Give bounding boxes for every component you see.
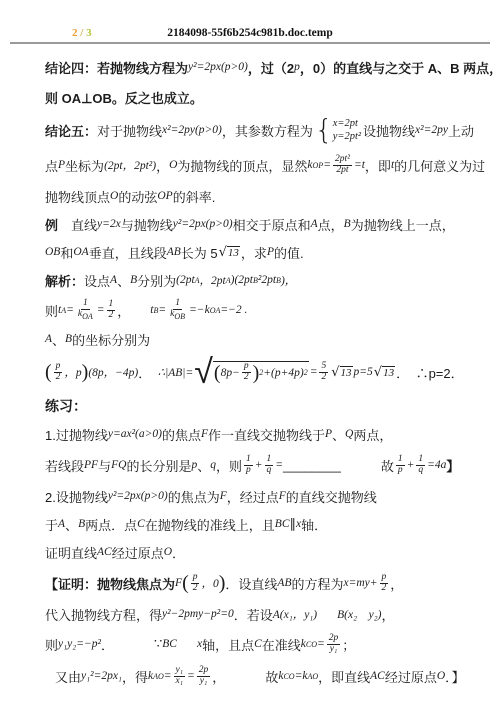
math-run: F: [201, 428, 208, 440]
fraction: 2pt²2pt: [333, 155, 352, 176]
text-run: 设抛物线: [363, 121, 415, 140]
text-run: 1.过抛物线: [45, 425, 108, 444]
math-subscript: AO: [307, 672, 318, 681]
text-run: ，其参数方程为: [222, 121, 313, 140]
text-run: 的焦点为: [168, 487, 220, 506]
proof-line2: 代入抛物线方程，得 y²−2pmy−p²=0．若设 A(x₁，y₁)B(x₂ y…: [45, 600, 480, 628]
text-run: 为抛物线的顶点，显然: [177, 156, 307, 175]
exercise2-line1: 2.设抛物线 y²=2px(p>0) 的焦点为 F，经过点 F 的直线交抛物线: [45, 482, 480, 510]
exercises-heading: 练习：: [45, 392, 480, 420]
text-run: 的几何意义为过: [394, 156, 485, 175]
radical-icon: √: [194, 357, 213, 388]
sqrt-expression: √(8p−p2)2+(p+4p)2: [194, 357, 308, 388]
text-run: ，得: [122, 667, 148, 686]
math-run: =: [295, 670, 303, 682]
radical-icon: √: [219, 246, 227, 259]
math-run: x=my+: [344, 577, 378, 589]
math-run: (2pt，2pt²): [104, 157, 156, 173]
left-paren: (: [45, 362, 52, 382]
math-run: y=ax²(a>0): [108, 428, 162, 440]
math-run: ∴|AB|=: [158, 365, 193, 379]
math-subscript: CO: [283, 672, 294, 681]
system-eq-y: y=2pt²: [333, 130, 361, 143]
math-run: )，: [281, 272, 296, 288]
text-run: ，: [156, 156, 169, 175]
radical-icon: √: [331, 366, 339, 379]
fraction: 52: [319, 362, 328, 383]
text-run: 的方程为: [291, 574, 343, 593]
math-run: O: [169, 159, 177, 171]
math-run: =−2 .: [220, 304, 247, 316]
exercises-label: 练习：: [45, 396, 87, 416]
text-run: 设点: [84, 271, 110, 290]
text-run: 的长分别是: [126, 456, 191, 475]
text-run: ，过（2: [248, 58, 294, 77]
text-run: 坐标为: [65, 156, 104, 175]
text-run: ．: [101, 635, 114, 654]
math-run: A: [110, 274, 117, 286]
text-run: 轴，且点: [202, 635, 254, 654]
sqrt-13: √13: [331, 366, 352, 379]
text-run: 若抛物线方程为: [97, 58, 188, 77]
math-run: P: [58, 159, 65, 171]
text-run: 的斜率.: [173, 187, 216, 206]
math-run: =: [275, 459, 283, 471]
text-run: 于: [45, 515, 58, 534]
text-run: 、: [117, 271, 130, 290]
math-run: x²=2py: [415, 124, 448, 136]
solution-line3: A、B 的坐标分别为: [45, 326, 480, 352]
fraction: 12: [107, 300, 116, 321]
text-run: ，: [390, 574, 403, 593]
fraction: p2: [54, 362, 63, 383]
exercise1-line2: 若线段 PF 与 FQ 的长分别是 p、q，则1p+1q=________故1p…: [45, 448, 480, 482]
text-run: 的动弦: [118, 187, 157, 206]
math-run: C: [254, 638, 262, 650]
right-paren: ): [82, 362, 89, 382]
math-run: B: [65, 333, 72, 345]
math-run: B(x₂ y₂): [337, 606, 381, 622]
text-run: 2.设抛物线: [45, 487, 108, 506]
radical-icon: √: [374, 366, 382, 379]
math-run: y²=2px(p>0): [173, 218, 233, 230]
text-run: ，则: [216, 456, 242, 475]
math-run: BC: [162, 638, 177, 650]
math-run: =: [158, 304, 166, 316]
text-run: 的焦点: [162, 425, 201, 444]
math-run: ，2pt: [200, 272, 226, 288]
math-run: )(2pt: [231, 274, 253, 286]
text-run: 的值.: [274, 243, 304, 262]
math-run: OP: [157, 190, 172, 202]
text-run: 的坐标分别为: [72, 330, 150, 349]
text-run: 作一直线交抛物线于: [208, 425, 325, 444]
math-run: =4a: [427, 459, 446, 471]
math-subscript: AO: [153, 672, 164, 681]
conclusion4-label: 结论四：: [45, 58, 97, 77]
document-page: 2 / 3 2184098-55f6b254c981b.doc.temp 结论四…: [0, 0, 500, 707]
text-run: 与抛物线: [121, 215, 173, 234]
math-run: +: [255, 459, 263, 471]
math-run: B: [78, 518, 85, 530]
text-run: ，即: [365, 156, 391, 175]
math-run: =−: [189, 304, 205, 316]
math-run: A: [311, 218, 318, 230]
math-run: ，p: [64, 364, 81, 380]
text-run: 抛物线顶点: [45, 187, 110, 206]
text-run: ，求: [241, 243, 267, 262]
sqrt-13: √13: [374, 366, 395, 379]
conclusion5-label: 结论五：: [45, 121, 97, 140]
math-run: =: [323, 159, 331, 171]
header-divider: [10, 42, 490, 44]
conclusion4-line2: 则 OA⊥OB。反之也成立。: [45, 82, 480, 112]
exercise2-line3: 证明直线 AC 经过原点 O．: [45, 538, 480, 566]
left-paren: (: [182, 573, 189, 593]
text-run: ．若设: [234, 605, 273, 624]
math-run: A: [58, 518, 65, 530]
text-run: 长为 5: [181, 243, 218, 262]
math-run: O: [110, 190, 118, 202]
exercise2-line2: 于 A、B 两点．点 C 在抛物线的准线上，且 BC∥x 轴．: [45, 510, 480, 538]
math-run: ，0: [201, 575, 218, 591]
text-run: 垂直，且线段: [89, 243, 167, 262]
math-run: =t: [354, 159, 365, 171]
solution-label: 解析：: [45, 271, 84, 290]
math-run: F: [279, 490, 286, 502]
proof-label: 【证明：: [45, 574, 97, 593]
math-run: F: [220, 490, 227, 502]
math-run: OB: [45, 246, 60, 258]
text-run: ，0）的直线与之交于 A、B 两点，: [300, 58, 500, 77]
math-run: =: [317, 638, 325, 650]
text-run: ，: [382, 605, 395, 624]
math-run: FQ: [111, 459, 126, 471]
conclusion5-line1: 结论五：对于抛物线 x²=2py(p>0)，其参数方程为 {x=2pty=2pt…: [45, 112, 480, 148]
math-run: y²=2px(p>0): [188, 61, 248, 73]
text-run: ．: [138, 363, 158, 382]
math-run: y²=2px(p>0): [108, 490, 168, 502]
fraction: p2: [242, 362, 251, 383]
math-run: +: [407, 459, 415, 471]
text-run: ，即直线: [318, 667, 370, 686]
text-run: ．】: [445, 667, 465, 686]
math-run: AC: [370, 670, 385, 682]
math-run: B: [344, 218, 351, 230]
math-run: 2pt: [261, 274, 276, 286]
text-run: 故: [381, 456, 394, 475]
ab-length-formula: (p2，p)(8p，−4p)． ∴|AB|=√(8p−p2)2+(p+4p)2=…: [45, 352, 480, 392]
math-run: P: [267, 246, 274, 258]
math-run: A: [45, 333, 52, 345]
math-run: BC: [275, 518, 290, 530]
math-run: (8p，−4p): [88, 364, 138, 380]
math-run: =: [97, 304, 105, 316]
text-run: 为抛物线上一点，: [351, 215, 455, 234]
answer-blank: ________: [283, 458, 341, 473]
text-run: 相交于原点和: [233, 215, 311, 234]
text-run: 代入抛物线方程，得: [45, 605, 162, 624]
math-subscript: OP: [313, 161, 324, 170]
text-run: 对于抛物线: [97, 121, 162, 140]
math-run: =: [310, 366, 318, 378]
text-run: 的直线交抛物线: [286, 487, 377, 506]
parametric-system: {x=2pty=2pt²: [315, 116, 361, 144]
fraction: 1p: [396, 455, 405, 476]
text-run: 轴．: [301, 515, 327, 534]
text-run: 又由: [55, 667, 81, 686]
math-run: (2pt: [176, 274, 195, 286]
text-run: 、: [52, 330, 65, 349]
math-run: A(x₁，y₁): [273, 606, 317, 622]
page-total: 3: [86, 27, 92, 39]
conclusion4-line1: 结论四：若抛物线方程为y²=2px(p>0)，过（2p，0）的直线与之交于 A、…: [45, 52, 480, 82]
text-run: 经过原点: [385, 667, 437, 686]
math-run: P: [325, 428, 332, 440]
math-subscript: OA: [210, 306, 221, 315]
example-line1: 例 直线 y=2x 与抛物线 y²=2px(p>0) 相交于原点和 A 点， B…: [45, 210, 480, 238]
text-run: 两点，: [353, 425, 392, 444]
text-run: 点，: [318, 215, 344, 234]
text-run: ，: [117, 301, 130, 320]
fraction: y₁x₁: [174, 666, 186, 687]
math-run: Q: [345, 428, 353, 440]
math-run: p=5: [354, 366, 373, 378]
text-run: 、: [332, 425, 345, 444]
fraction: 1kOB: [168, 299, 187, 321]
text-run: 故: [265, 667, 278, 686]
math-run: =: [164, 670, 172, 682]
math-run: B: [130, 274, 137, 286]
fraction: 1q: [265, 455, 274, 476]
text-run: 】: [446, 456, 459, 475]
text-run: 、: [197, 456, 210, 475]
math-run: y₁²=2px₁: [81, 670, 122, 682]
math-run: x²=2py(p>0): [162, 124, 222, 136]
solution-line2: 则 tA=1kOA=12，tB=1kOB=−kOA=−2 .: [45, 294, 480, 326]
exercise1-line1: 1.过抛物线 y=ax²(a>0) 的焦点 F 作一直线交抛物线于 P、Q 两点…: [45, 420, 480, 448]
conclusion5-line3: 抛物线顶点 O 的动弦 OP 的斜率.: [45, 182, 480, 210]
math-run: AC: [97, 546, 112, 558]
text-run: 直线: [58, 215, 97, 234]
proof-line3: 则 y₁y₂=−p²．∵BCx 轴，且点 C 在准线 kCO=2py₁；: [45, 628, 480, 660]
math-run: y₁y₂=−p²: [58, 638, 101, 650]
math-run: C: [137, 518, 145, 530]
text-run: 点: [45, 156, 58, 175]
proof-line1: 【证明：抛物线焦点为 F(p2，0)．设直线 AB 的方程为 x=my+p2，: [45, 566, 480, 600]
right-paren: ): [219, 573, 226, 593]
math-run: =: [66, 304, 74, 316]
fraction: 2py₁: [327, 634, 341, 655]
text-run: ；: [342, 635, 355, 654]
fraction: p2: [191, 573, 200, 594]
sqrt-13: √13: [219, 246, 240, 259]
fraction: 1p: [244, 455, 253, 476]
math-run: F: [175, 577, 182, 589]
math-run: O: [437, 670, 445, 682]
system-eq-x: x=2pt: [333, 117, 361, 130]
text-run: 与: [98, 456, 111, 475]
text-run: ．: [172, 543, 185, 562]
text-run: 则 OA⊥OB。反之也成立。: [45, 88, 203, 107]
conclusion5-line2: 点 P 坐标为 (2pt，2pt²)，O 为抛物线的顶点，显然 kOP=2pt²…: [45, 148, 480, 182]
math-run: AB: [167, 246, 181, 258]
text-run: 两点．点: [85, 515, 137, 534]
left-brace: {: [315, 116, 333, 144]
text-run: 分别为: [137, 271, 176, 290]
math-subscript: CO: [306, 640, 317, 649]
text-run: 则: [45, 635, 58, 654]
text-run: ．设直线: [225, 574, 277, 593]
text-run: ，经过点: [227, 487, 279, 506]
fraction: 1q: [416, 455, 425, 476]
text-run: 上动: [448, 121, 474, 140]
math-run: y=2x: [97, 218, 121, 230]
text-run: 在准线: [262, 635, 301, 654]
page-separator: /: [78, 27, 87, 39]
math-run: y²−2pmy−p²=0: [162, 608, 234, 620]
math-run: O: [164, 546, 172, 558]
text-run: 则: [45, 301, 58, 320]
text-run: 在抛物线的准线上，且: [145, 515, 275, 534]
text-run: 和: [60, 243, 73, 262]
solution-line1: 解析：设点 A、B 分别为 (2ptA，2ptA)(2ptB² 2ptB)，: [45, 266, 480, 294]
text-run: ． ∴p=2．: [396, 363, 464, 382]
page-header: 2 / 3 2184098-55f6b254c981b.doc.temp: [0, 0, 500, 44]
example-line2: OB 和 OA 垂直，且线段 AB 长为 5√13，求 P 的值.: [45, 238, 480, 266]
text-run: ∵: [154, 636, 162, 652]
fraction: 1kOA: [76, 299, 95, 321]
text-run: 、: [65, 515, 78, 534]
text-run: 若线段: [45, 456, 84, 475]
math-run: OA: [73, 246, 88, 258]
page-indicator: 2 / 3: [72, 27, 92, 39]
text-run: 经过原点: [112, 543, 164, 562]
example-label: 例: [45, 215, 58, 234]
document-body: 结论四：若抛物线方程为y²=2px(p>0)，过（2p，0）的直线与之交于 A、…: [0, 44, 500, 692]
text-run: 证明直线: [45, 543, 97, 562]
text-run: 抛物线焦点为: [97, 574, 175, 593]
fraction: p2: [380, 573, 389, 594]
math-run: AB: [277, 577, 291, 589]
math-run: PF: [84, 459, 98, 471]
text-run: ，: [212, 667, 225, 686]
math-run: =: [187, 670, 195, 682]
fraction: 2py₁: [197, 666, 211, 687]
proof-line4: 又由 y₁²=2px₁，得 kAO=y₁x₁=2py₁，故 kCO=kAO，即直…: [45, 660, 480, 692]
